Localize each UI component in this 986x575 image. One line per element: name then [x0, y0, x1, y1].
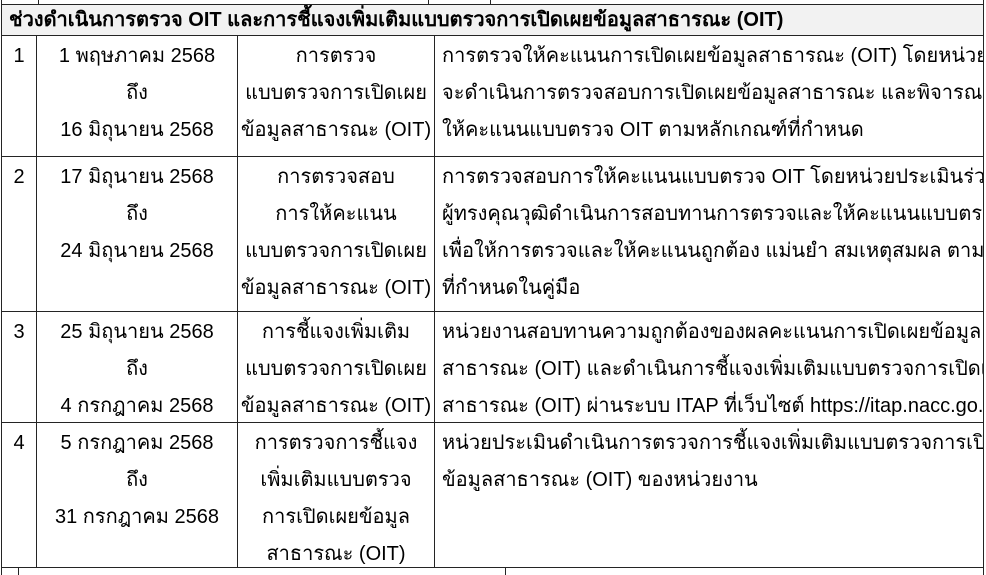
text-line: สาธารณะ (OIT) — [238, 536, 434, 567]
description-cell: การตรวจสอบการให้คะแนนแบบตรวจ OIT โดยหน่ว… — [435, 157, 983, 311]
text-line: การเปิดเผยข้อมูล — [238, 499, 434, 536]
text-line: แบบตรวจการเปิดเผย — [238, 351, 434, 388]
description-cell: การตรวจให้คะแนนการเปิดเผยข้อมูลสาธารณะ (… — [435, 36, 983, 156]
description-cell: หน่วยงานสอบทานความถูกต้องของผลคะแนนการเป… — [435, 312, 983, 422]
text-line: ข้อมูลสาธารณะ (OIT) — [238, 112, 434, 149]
activity-cell: การตรวจสอบการให้คะแนนแบบตรวจการเปิดเผยข้… — [238, 157, 435, 311]
row-number-cell: 1 — [2, 36, 37, 156]
table-row: 1 1 พฤษภาคม 2568ถึง16 มิถุนายน 2568 การต… — [2, 36, 983, 157]
text-line: ผู้ทรงคุณวุฒิดำเนินการสอบทานการตรวจและให… — [442, 196, 979, 233]
row-number-cell: 2 — [2, 157, 37, 311]
table-row: 3 25 มิถุนายน 2568ถึง4 กรกฎาคม 2568 การช… — [2, 312, 983, 423]
text-line: ถึง — [37, 462, 237, 499]
text-line: 25 มิถุนายน 2568 — [37, 314, 237, 351]
text-line: การชี้แจงเพิ่มเติม — [238, 314, 434, 351]
table-row: 2 17 มิถุนายน 2568ถึง24 มิถุนายน 2568 กา… — [2, 157, 983, 312]
table-border-fragment — [428, 0, 429, 4]
text-line: 5 กรกฎาคม 2568 — [37, 425, 237, 462]
text-line: 16 มิถุนายน 2568 — [37, 112, 237, 149]
text-line: การตรวจการชี้แจง — [238, 425, 434, 462]
text-line: ให้คะแนนแบบตรวจ OIT ตามหลักเกณฑ์ที่กำหนด — [442, 112, 979, 149]
table-fragment-bottom — [2, 568, 983, 575]
text-line: ข้อมูลสาธารณะ (OIT) ของหน่วยงาน — [442, 462, 979, 499]
document-page: ช่วงดำเนินการตรวจ OIT และการชี้แจงเพิ่มเ… — [0, 0, 986, 575]
text-line: ถึง — [37, 75, 237, 112]
table-border-fragment — [38, 0, 39, 4]
table-border-fragment — [490, 0, 491, 4]
text-line: ถึง — [37, 351, 237, 388]
text-line: การตรวจสอบการให้คะแนนแบบตรวจ OIT โดยหน่ว… — [442, 159, 979, 196]
text-line: เพื่อให้การตรวจและให้คะแนนถูกต้อง แม่นยำ… — [442, 233, 979, 270]
date-range-cell: 1 พฤษภาคม 2568ถึง16 มิถุนายน 2568 — [37, 36, 238, 156]
text-line: ข้อมูลสาธารณะ (OIT) — [238, 270, 434, 307]
text-line: ที่กำหนดในคู่มือ — [442, 270, 979, 307]
text-line: การตรวจให้คะแนนการเปิดเผยข้อมูลสาธารณะ (… — [442, 38, 979, 75]
text-line: 24 มิถุนายน 2568 — [37, 233, 237, 270]
text-line: 31 กรกฎาคม 2568 — [37, 499, 237, 536]
text-line: แบบตรวจการเปิดเผย — [238, 75, 434, 112]
table-fragment-top — [2, 0, 983, 5]
text-line: เพิ่มเติมแบบตรวจ — [238, 462, 434, 499]
text-line: หน่วยงานสอบทานความถูกต้องของผลคะแนนการเป… — [442, 314, 979, 351]
text-line: การตรวจสอบ — [238, 159, 434, 196]
text-line: แบบตรวจการเปิดเผย — [238, 233, 434, 270]
text-line: การให้คะแนน — [238, 196, 434, 233]
activity-cell: การตรวจการชี้แจงเพิ่มเติมแบบตรวจการเปิดเ… — [238, 423, 435, 567]
text-line: 4 กรกฎาคม 2568 — [37, 388, 237, 422]
text-line: ข้อมูลสาธารณะ (OIT) — [238, 388, 434, 422]
table-row: 4 5 กรกฎาคม 2568ถึง31 กรกฎาคม 2568 การตร… — [2, 423, 983, 568]
row-number-cell: 3 — [2, 312, 37, 422]
text-line: 17 มิถุนายน 2568 — [37, 159, 237, 196]
date-range-cell: 25 มิถุนายน 2568ถึง4 กรกฎาคม 2568 — [37, 312, 238, 422]
table-header-row: ช่วงดำเนินการตรวจ OIT และการชี้แจงเพิ่มเ… — [2, 5, 983, 36]
text-line: สาธารณะ (OIT) ผ่านระบบ ITAP ที่เว็บไซต์ … — [442, 388, 979, 422]
text-line: ถึง — [37, 196, 237, 233]
table-border-fragment — [505, 568, 506, 575]
date-range-cell: 17 มิถุนายน 2568ถึง24 มิถุนายน 2568 — [37, 157, 238, 311]
row-number-cell: 4 — [2, 423, 37, 567]
table-border-fragment — [18, 568, 19, 575]
text-line: หน่วยประเมินดำเนินการตรวจการชี้แจงเพิ่มเ… — [442, 425, 979, 462]
schedule-table: ช่วงดำเนินการตรวจ OIT และการชี้แจงเพิ่มเ… — [1, 0, 984, 575]
text-line: สาธารณะ (OIT) และดำเนินการชี้แจงเพิ่มเติ… — [442, 351, 979, 388]
description-cell: หน่วยประเมินดำเนินการตรวจการชี้แจงเพิ่มเ… — [435, 423, 983, 567]
activity-cell: การตรวจแบบตรวจการเปิดเผยข้อมูลสาธารณะ (O… — [238, 36, 435, 156]
date-range-cell: 5 กรกฎาคม 2568ถึง31 กรกฎาคม 2568 — [37, 423, 238, 567]
text-line: การตรวจ — [238, 38, 434, 75]
text-line: จะดำเนินการตรวจสอบการเปิดเผยข้อมูลสาธารณ… — [442, 75, 979, 112]
table-header-title: ช่วงดำเนินการตรวจ OIT และการชี้แจงเพิ่มเ… — [9, 5, 783, 35]
text-line: 1 พฤษภาคม 2568 — [37, 38, 237, 75]
activity-cell: การชี้แจงเพิ่มเติมแบบตรวจการเปิดเผยข้อมู… — [238, 312, 435, 422]
